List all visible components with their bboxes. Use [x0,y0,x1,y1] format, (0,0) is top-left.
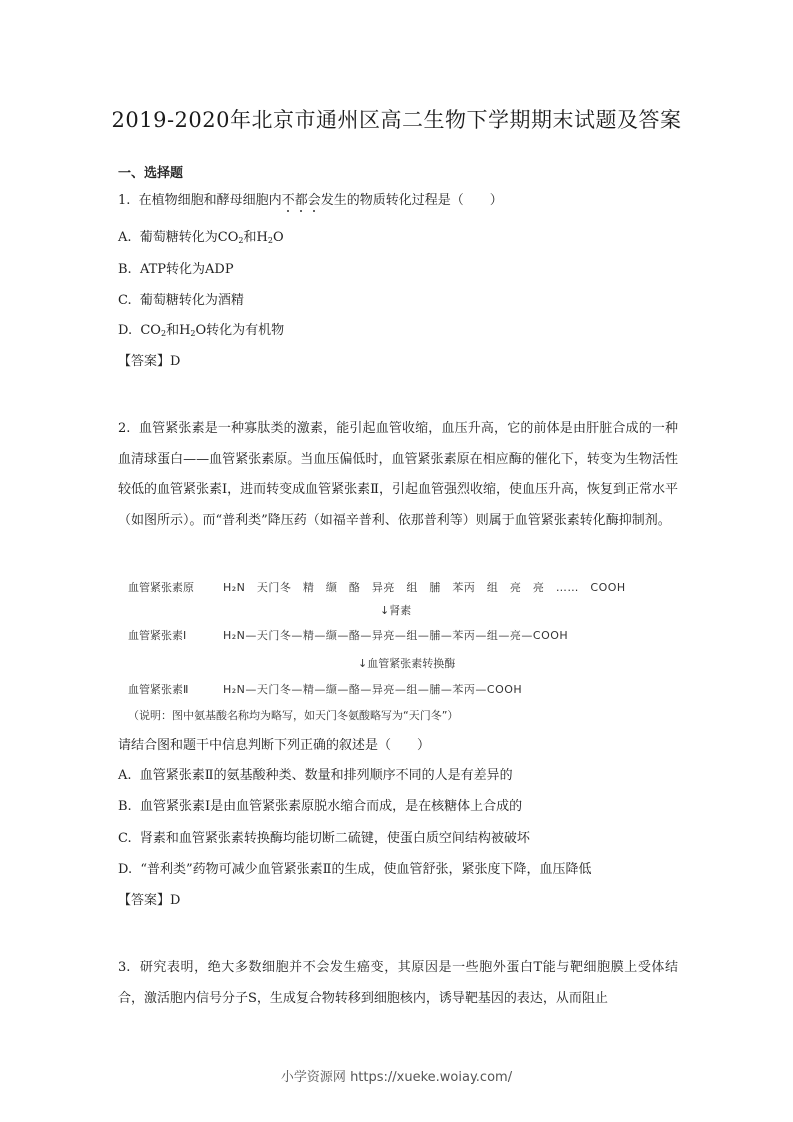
question-1-option-c: C. 葡萄糖转化为酒精 [118,293,244,309]
emphasis-char: 会 [308,193,321,208]
diagram-arrow-renin: ↓肾素 [380,602,411,618]
footer-watermark: 小学资源网 https://xueke.woiay.com/ [0,1066,793,1085]
document-title: 2019-2020年北京市通州区高二生物下学期期末试题及答案 [0,104,793,134]
angiotensin-diagram: 血管紧张素原H₂N 天门冬 精 缬 酪 异亮 组 脯 苯丙 组 亮 亮 …… C… [128,575,668,725]
question-number: 3. [118,960,130,975]
diagram-note: （说明：图中氨基酸名称均为略写，如天门冬氨酸略写为“天门冬”） [128,707,458,723]
question-2-option-c: C. 肾素和血管紧张素转换酶均能切断二硫键，使蛋白质空间结构被破坏 [118,831,530,847]
question-1-option-b: B. ATP转化为ADP [118,262,234,278]
question-1-option-d: D. CO2和H2O转化为有机物 [118,323,284,342]
question-1-answer: 【答案】D [118,354,180,370]
section-heading: 一、选择题 [118,166,183,182]
question-2-stem: 2. 血管紧张素是一种寡肽类的激素，能引起血管收缩，血压升高，它的前体是由肝脏合… [118,414,678,536]
diagram-row-angiotensinogen: 血管紧张素原H₂N 天门冬 精 缬 酪 异亮 组 脯 苯丙 组 亮 亮 …… C… [128,579,626,595]
diagram-row-angiotensin-1: 血管紧张素ⅠH₂N—天门冬—精—缬—酪—异亮—组—脯—苯丙—组—亮—COOH [128,627,568,643]
question-number: 1. [118,193,130,208]
question-2-option-a: A. 血管紧张素Ⅱ的氨基酸种类、数量和排列顺序不同的人是有差异的 [118,768,513,784]
down-arrow-icon: ↓ [358,657,367,670]
emphasis-char: 都 [295,193,308,208]
question-3-stem: 3. 研究表明，绝大多数细胞并不会发生癌变，其原因是一些胞外蛋白T能与靶细胞膜上… [118,953,678,1014]
question-2-option-b: B. 血管紧张素Ⅰ是由血管紧张素原脱水缩合而成，是在核糖体上合成的 [118,799,522,815]
question-2-option-d: D. “普利类”药物可减少血管紧张素Ⅱ的生成，使血管舒张，紧张度下降，血压降低 [118,862,592,878]
question-number: 2. [118,421,130,436]
answer-value: D [170,354,180,369]
answer-value: D [170,893,180,908]
diagram-row-angiotensin-2: 血管紧张素ⅡH₂N—天门冬—精—缬—酪—异亮—组—脯—苯丙—COOH [128,681,522,697]
footer-site-name: 小学资源网 [281,1070,346,1085]
down-arrow-icon: ↓ [380,604,389,617]
question-2-prompt: 请结合图和题干中信息判断下列正确的叙述是（ ） [118,738,430,754]
emphasis-char: 不 [282,193,295,208]
question-2-answer: 【答案】D [118,893,180,909]
question-1-option-a: A. 葡萄糖转化为CO2和H2O [118,230,284,249]
footer-url[interactable]: https://xueke.woiay.com/ [350,1070,512,1085]
document-page: 2019-2020年北京市通州区高二生物下学期期末试题及答案 一、选择题 1. … [0,0,793,1122]
question-1-stem: 1. 在植物细胞和酵母细胞内不都会发生的物质转化过程是（ ） [118,193,503,209]
diagram-arrow-ace: ↓血管紧张素转换酶 [358,655,455,671]
